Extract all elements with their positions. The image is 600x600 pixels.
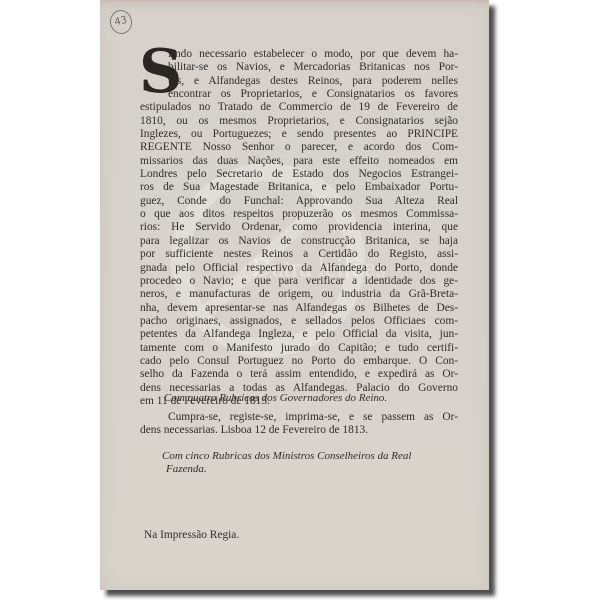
body-line: neros, e manufacturas de origem, ou indu… — [140, 288, 458, 301]
body-line: tos, e Alfandegas destes Reinos, para po… — [168, 75, 458, 88]
body-line: rios: He Servido Ordenar, como providenc… — [140, 221, 458, 234]
body-line: nha, devem apresentar-se nas Alfandegas … — [140, 302, 458, 315]
body-line: Londres pelo Secretario de Estado dos Ne… — [140, 168, 458, 181]
body-line: por sufficiente nestes Reinos a Certidão… — [140, 248, 458, 261]
body-line: guez, Conde do Funchal: Approvando Sua A… — [140, 195, 458, 208]
body-line: encontrar os Proprietarios, e Consignata… — [168, 88, 458, 101]
body-line: missarios das duas Nações, para este eff… — [140, 155, 458, 168]
ministers-line: Com cinco Rubricas dos Ministros Conselh… — [162, 450, 411, 462]
ministers-line: Fazenda. — [166, 463, 462, 476]
body-line: 1810, ou os mesmos Proprietarios, e Cons… — [140, 115, 458, 128]
body-line: tamente com o Manifesto jurado do Capitã… — [140, 342, 458, 355]
handwritten-page-number: 43 — [108, 8, 135, 36]
body-line: Inglezes, ou Portuguezes; e sendo presen… — [140, 128, 458, 141]
document-viewer: 43 Dutra leilões S Endo necessario estab… — [0, 0, 600, 600]
execution-order: Cumpra-se, registe-se, imprima-se, e se … — [140, 411, 458, 438]
body-line: ros de Sua Magestade Britanica, e pelo E… — [140, 181, 458, 194]
body-line: REGENTE Nosso Senhor o parecer, e acordo… — [140, 141, 458, 154]
body-line: petentes da Alfandega Ingleza, e pelo Of… — [140, 328, 458, 341]
body-line: procedeo o Navio; e que para verificar a… — [140, 275, 458, 288]
decree-body: Endo necessario estabelecer o modo, por … — [140, 48, 458, 408]
ministers-signature-note: Com cinco Rubricas dos Ministros Conselh… — [162, 450, 462, 476]
body-line: cado pelo Consul Portuguez no Porto do e… — [140, 355, 458, 368]
body-line: bilitar-se os Navios, e Mercadorias Brit… — [168, 61, 458, 74]
decree-line: dens necessarias. Lisboa 12 de Fevereiro… — [140, 424, 458, 437]
printer-imprint: Na Impressão Regia. — [144, 529, 239, 541]
body-line: Endo necessario estabelecer o modo, por … — [168, 48, 458, 61]
body-line: para legalizar os Navios de construcção … — [140, 235, 458, 248]
body-line: gnada pelo Official respectivo da Alfand… — [140, 262, 458, 275]
decree-line: Cumpra-se, registe-se, imprima-se, e se … — [168, 411, 458, 424]
body-line: selho da Fazenda o terá assim entendido,… — [140, 368, 458, 381]
document-page: 43 Dutra leilões S Endo necessario estab… — [100, 0, 489, 590]
body-line: o que aos ditos respeitos propuzerão os … — [140, 208, 458, 221]
body-line: pacho originaes, assignados, e sellados … — [140, 315, 458, 328]
governors-signature-note: Com quatro Rubricas dos Governadores do … — [164, 392, 387, 404]
body-line: estipulados no Tratado de Commercio de 1… — [140, 101, 458, 114]
